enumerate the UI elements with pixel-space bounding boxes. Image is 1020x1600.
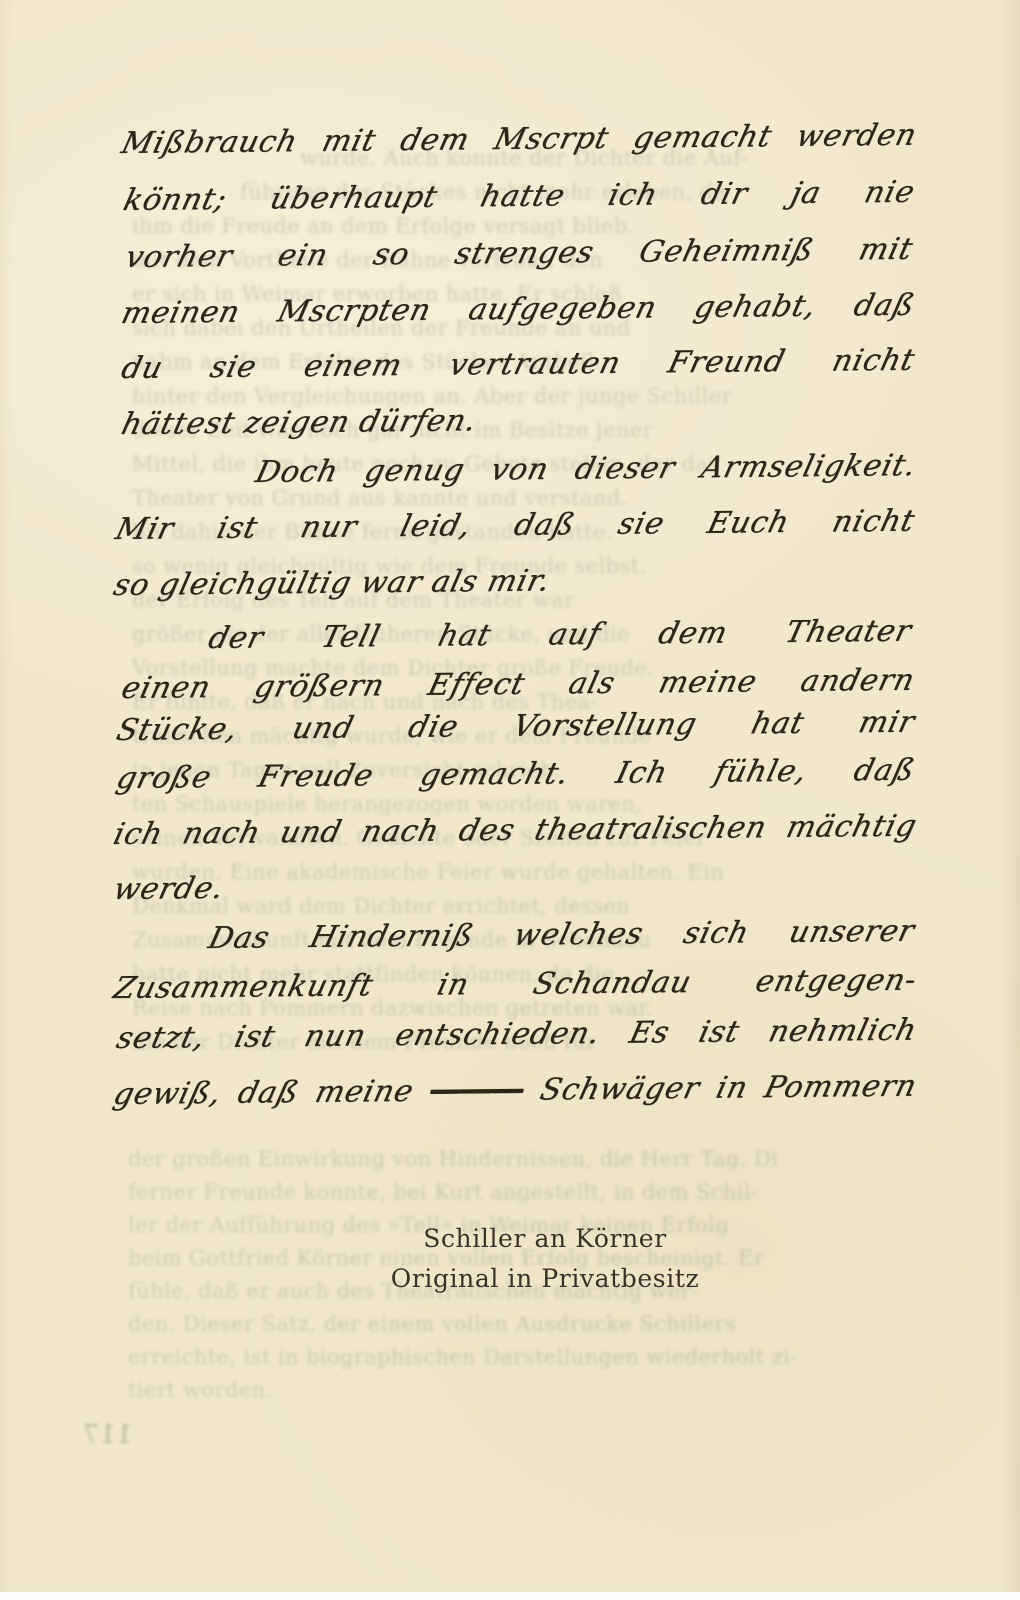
manuscript-line: der Tell hat auf dem Theater: [205, 614, 915, 656]
manuscript-line: Stücke, und die Vorstellung hat mir: [113, 705, 918, 748]
manuscript-line: Doch genug von dieser Armseligkeit.: [252, 448, 920, 490]
manuscript-line: hättest zeigen dürfen.: [118, 403, 480, 442]
caption-subtitle: Original in Privatbesitz: [145, 1266, 945, 1292]
manuscript-line: Das Hinderniß welches sich unserer: [205, 914, 918, 956]
manuscript-line: du sie einem vertrauten Freund nicht: [118, 343, 918, 386]
caption-title: Schiller an Körner: [145, 1226, 945, 1252]
manuscript-line: große Freude gemacht. Ich fühle, daß: [113, 753, 918, 796]
scan-edge: [0, 1592, 1020, 1600]
caption: Schiller an Körner Original in Privatbes…: [145, 1226, 945, 1306]
manuscript-line: könnt; überhaupt hatte ich dir ja nie: [120, 175, 918, 218]
manuscript-line: setzt, ist nun entschieden. Es ist nehml…: [113, 1013, 920, 1056]
manuscript-line: meinen Mscrpten aufgegeben gehabt, daß: [118, 288, 918, 331]
manuscript-line: Mißbrauch mit dem Mscrpt gemacht werden: [118, 118, 920, 161]
scanned-book-page: wurde. Auch konnte der Dichter die Auf-f…: [0, 0, 1020, 1600]
struck-out-word: ———: [426, 1073, 527, 1109]
manuscript-line: Zusammenkunft in Schandau entgegen-: [110, 963, 920, 1006]
manuscript-line: ich nach und nach des theatralischen mäc…: [110, 809, 920, 852]
manuscript-line: einen größern Effect als meine andern: [118, 663, 918, 706]
manuscript-line: gewiß, daß meine ——— Schwäger in Pommern: [110, 1069, 920, 1112]
manuscript-line: werde.: [110, 871, 228, 907]
manuscript-line: so gleichgültig war als mir.: [110, 563, 554, 603]
manuscript-line: vorher ein so strenges Geheimniß mit: [122, 232, 916, 275]
handwritten-letter: Mißbrauch mit dem Mscrpt gemacht werdenk…: [0, 0, 1020, 1600]
manuscript-line: Mir ist nur leid, daß sie Euch nicht: [112, 504, 918, 547]
